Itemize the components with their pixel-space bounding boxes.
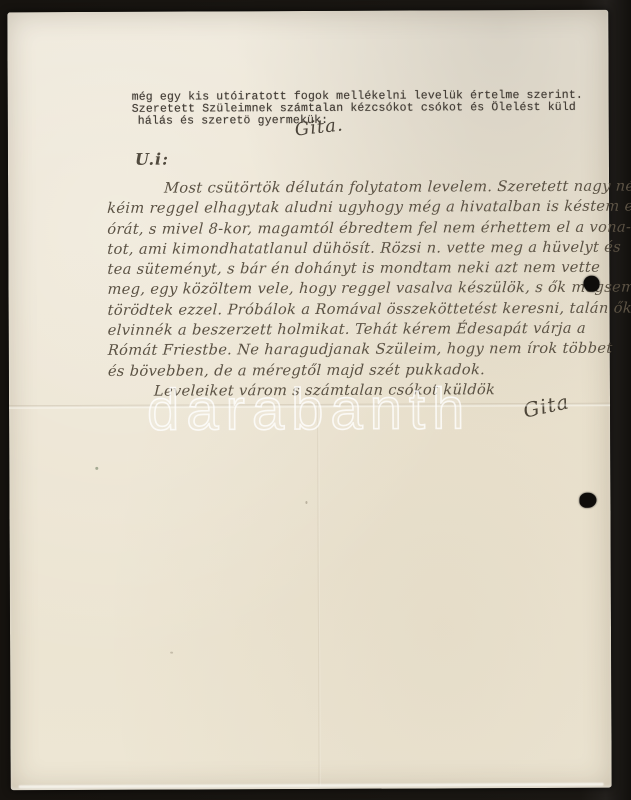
handwritten-line: Most csütörtök délután folytatom levelem… xyxy=(107,177,614,200)
typed-line: hálás és szeretö gyermekük: xyxy=(132,114,583,128)
handwritten-line: és bövebben, de a méregtől majd szét puk… xyxy=(107,359,614,382)
typed-postscript-block: még egy kis utóiratott fogok mellékelni … xyxy=(132,90,583,129)
paper-speck xyxy=(539,185,541,187)
postscript-label: U.i: xyxy=(135,150,169,169)
paper-speck xyxy=(95,467,98,470)
handwritten-line: kéim reggel elhagytak aludni ugyhogy még… xyxy=(107,197,614,220)
handwritten-line: elvinnék a beszerzett holmikat. Tehát ké… xyxy=(107,319,614,342)
handwritten-line: törödtek ezzel. Próbálok a Romával össze… xyxy=(107,298,614,321)
handwritten-line: órát, s mivel 8-kor, magamtól ébredtem f… xyxy=(107,217,614,240)
fold-crease-horizontal xyxy=(9,403,610,410)
letter-paper: még egy kis utóiratott fogok mellékelni … xyxy=(7,10,611,791)
handwritten-line: Rómát Friestbe. Ne haragudjanak Szüleim,… xyxy=(107,339,614,362)
punch-hole-bottom xyxy=(579,493,596,508)
scanned-letter-photo: még egy kis utóiratott fogok mellékelni … xyxy=(0,0,631,800)
handwritten-line: tea süteményt, s bár én dohányt is mondt… xyxy=(107,258,614,281)
handwritten-line: tot, ami kimondhatatlanul dühösít. Rözsi… xyxy=(107,238,614,261)
paper-speck xyxy=(170,652,173,654)
fold-crease-vertical xyxy=(317,402,321,786)
paper-speck xyxy=(305,501,307,504)
typed-block-signature: Gita. xyxy=(294,114,345,140)
paper-bottom-edge-highlight xyxy=(19,783,604,789)
punch-hole-top xyxy=(583,276,599,292)
handwritten-line: meg, egy közöltem vele, hogy reggel vasa… xyxy=(107,278,614,301)
handwritten-postscript-block: Most csütörtök délután folytatom levelem… xyxy=(107,177,614,402)
